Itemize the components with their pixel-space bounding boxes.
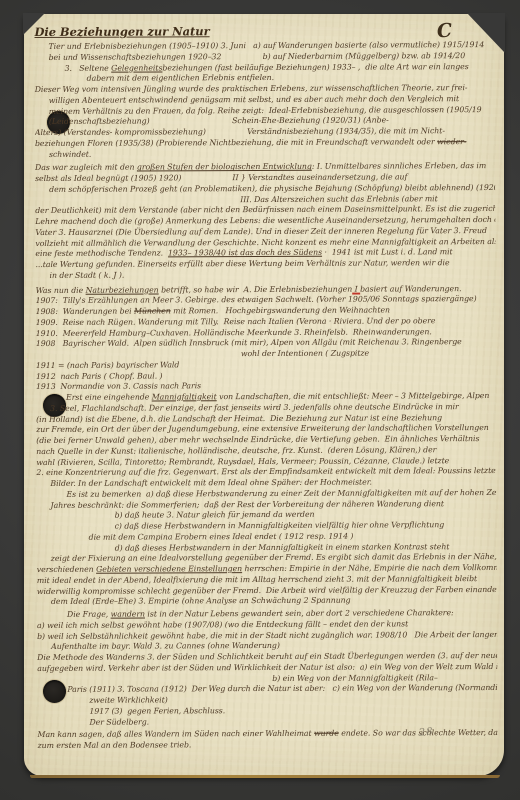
page-number-pencil: 28 [419,726,435,738]
handwritten-line: in der Stadt ( k. J ). [35,269,495,282]
handwritten-line: ...tale Wertung gefunden. Einerseits erf… [35,258,495,271]
scanned-page: C Die Beziehungen zur NaturTier und Erle… [24,14,504,776]
handwriting-block: Die Beziehungen zur NaturTier und Erlebn… [34,23,497,752]
handwritten-line: zum ersten Mal an den Bodensee trieb. [38,739,498,752]
handwritten-line: schwindet. [35,147,495,160]
handwritten-line: Paris (1911) 3. Toscana (1912) Der Weg d… [37,683,497,696]
handwritten-line: Die Frage, wandern ist in der Natur Lebe… [37,608,497,621]
document-title: Die Beziehungen zur Natur [34,23,494,42]
handwritten-line: dem Ideal (Erde–Ehe) 3. Empirie (ohne An… [37,595,497,608]
handwritten-line: c) daß diese Herbstwandern in Mannigfalt… [37,520,497,533]
handwritten-line: beziehungen Floren (1935/38) (Probierend… [35,137,495,150]
